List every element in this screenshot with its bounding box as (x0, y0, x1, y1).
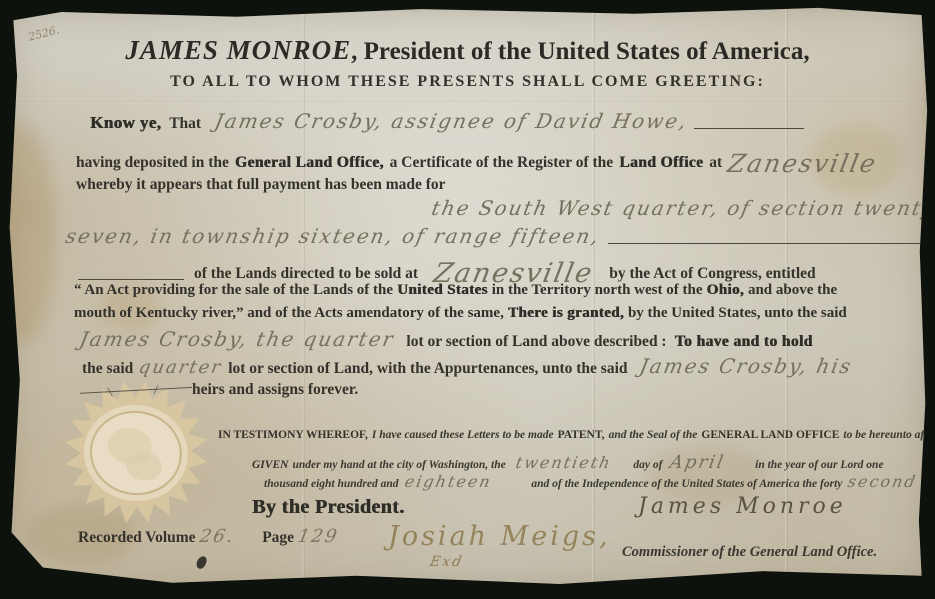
blank-rule (78, 279, 184, 280)
act-line-1: “ An Act providing for the sale of the L… (74, 282, 837, 299)
month-handwriting: April (668, 452, 727, 473)
register-place-handwriting: Zanesville (725, 149, 880, 178)
body-line-know-ye: Know ye, That James Crosby, assignee of … (90, 109, 804, 133)
blank-rule (608, 243, 935, 244)
day-of-text: day of (633, 459, 662, 471)
testimony-line: IN TESTIMONY WHEREOF, I have caused thes… (218, 429, 935, 441)
monroe-signature-line: James Monroe (638, 494, 847, 519)
page-handwriting: 129 (296, 526, 340, 547)
at-text: at (709, 154, 722, 172)
page-label-text: Page (262, 529, 294, 547)
commissioner-text: Commissioner of the General Land Office. (622, 544, 877, 561)
land-patent-document: 2526. JAMES MONROE, President of the Uni… (6, 5, 929, 591)
photo-background: 2526. JAMES MONROE, President of the Uni… (0, 0, 935, 599)
exd-handwriting: Exd (428, 554, 464, 570)
grant-line-1: James Crosby, the quarter lot or section… (80, 327, 813, 351)
by-president-line: By the President. (252, 496, 405, 519)
body-line-payment: whereby it appears that full payment has… (76, 176, 446, 194)
year-handwriting: eighteen (403, 472, 494, 491)
sold-pre-text: of the Lands directed to be sold at (194, 265, 418, 283)
act-1a-text: “ An Act providing for the sale of the L… (74, 282, 393, 299)
president-name: JAMES MONROE (125, 35, 351, 65)
glo-caps-text: GENERAL LAND OFFICE (701, 429, 839, 441)
united-states-text: United States (397, 282, 488, 299)
payment-text: whereby it appears that full payment has… (76, 176, 446, 194)
tract-handwriting-1: the South West quarter, of section twent… (430, 196, 935, 220)
quarter-handwriting: quarter (137, 357, 224, 378)
act-1c-text: and above the (748, 282, 837, 299)
to-have-and-hold-text: To have and to hold (675, 333, 813, 351)
deposited-text: having deposited in the (76, 154, 229, 172)
appurtenances-text: lot or section of Land, with the Appurte… (228, 360, 627, 378)
fold-crease (6, 101, 929, 103)
ink-spot (195, 555, 208, 570)
body-line-sold-at: of the Lands directed to be sold at Zane… (78, 254, 816, 285)
caused-text: I have caused these Letters to be made (372, 429, 554, 441)
stain (0, 125, 56, 345)
tract-handwriting-2: seven, in township sixteen, of range fif… (64, 224, 602, 248)
certificate-text: a Certificate of the Register of the (390, 154, 614, 172)
that-text: That (169, 115, 201, 133)
recorded-line: Recorded Volume 26. Page 129 (78, 526, 338, 547)
given-rest-text: under my hand at the city of Washington,… (292, 459, 505, 471)
monroe-signature: James Monroe (638, 494, 847, 519)
forty-handwriting: second (847, 472, 920, 491)
patent-text: PATENT, (558, 429, 605, 441)
described-text: lot or section of Land above described : (406, 333, 666, 351)
thousand-text: thousand eight hundred and (264, 478, 399, 490)
sold-post-text: by the Act of Congress, entitled (609, 265, 815, 283)
commissioner-line: Commissioner of the General Land Office. (622, 544, 877, 561)
act-line-2: mouth of Kentucky river,” and of the Act… (74, 305, 847, 322)
exd-line: Exd (430, 554, 463, 570)
tract-line-2: seven, in township sixteen, of range fif… (66, 224, 935, 248)
ohio-text: Ohio, (707, 282, 744, 299)
president-title: , President of the United States of Amer… (351, 38, 809, 65)
grantee3-handwriting: James Crosby, his (637, 354, 854, 378)
given-line: GIVEN under my hand at the city of Washi… (252, 452, 884, 473)
volume-handwriting: 26. (198, 526, 237, 547)
greeting-line: TO ALL TO WHOM THESE PRESENTS SHALL COME… (6, 73, 929, 91)
grant-line-2: the said quarter lot or section of Land,… (82, 354, 852, 378)
act-2a-text: mouth of Kentucky river,” and of the Act… (74, 305, 504, 322)
land-office-text: Land Office (619, 154, 703, 172)
year-pre-text: in the year of our Lord one (755, 459, 883, 471)
seal-of-text: and the Seal of the (609, 429, 698, 441)
act-2b-text: by the United States, unto the said (628, 305, 847, 322)
grantee-handwriting: James Crosby, assignee of David Howe, (213, 109, 690, 133)
blank-rule (694, 128, 804, 129)
independence-text: and of the Independence of the United St… (531, 478, 842, 490)
in-testimony-text: IN TESTIMONY WHEREOF, (218, 429, 368, 441)
meigs-signature: Josiah Meigs, (388, 521, 611, 552)
grantee2-handwriting: James Crosby, the quarter (78, 327, 397, 351)
affixed-text: to be hereunto affixed. (843, 429, 935, 441)
meigs-signature-line: Josiah Meigs, (388, 521, 611, 552)
know-ye-text: Know ye, (90, 113, 161, 133)
act-1b-text: in the Territory north west of the (492, 282, 703, 299)
given-text: GIVEN (252, 459, 288, 471)
day-handwriting: twentieth (514, 453, 613, 472)
document-title: JAMES MONROE, President of the United St… (6, 35, 929, 66)
body-line-deposited: having deposited in the General Land Off… (76, 144, 877, 173)
there-is-granted-text: There is granted, (508, 305, 624, 322)
by-president-text: By the President. (252, 496, 405, 519)
tract-line-1: the South West quarter, of section twent… (432, 196, 935, 220)
general-land-office-text: General Land Office, (235, 154, 384, 172)
recorded-volume-text: Recorded Volume (78, 529, 196, 547)
year-line: thousand eight hundred and eighteen and … (264, 472, 917, 491)
